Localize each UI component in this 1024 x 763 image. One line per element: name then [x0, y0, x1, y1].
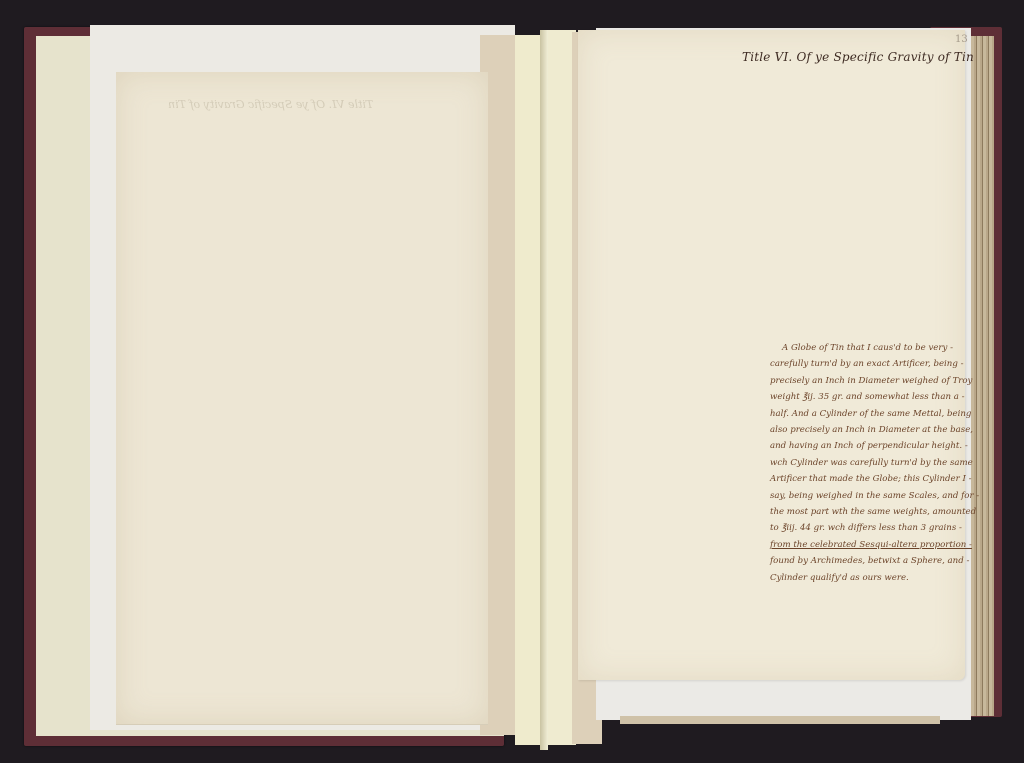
text-line: wch Cylinder was carefully turn'd by the… — [770, 455, 975, 471]
page-heading: Title VI. Of ye Specific Gravity of Tin — [742, 50, 974, 64]
spine-fold — [540, 30, 548, 750]
text-line: to ℥iij. 44 gr. wch differs less than 3 … — [770, 520, 975, 536]
text-line: from the celebrated Sesqui-altera propor… — [770, 537, 975, 553]
folio-number: 13 — [955, 34, 968, 45]
text-line: also precisely an Inch in Diameter at th… — [770, 422, 975, 438]
text-line: and having an Inch of perpendicular heig… — [770, 438, 975, 454]
text-line: precisely an Inch in Diameter weighed of… — [770, 373, 975, 389]
text-line: found by Archimedes, betwixt a Sphere, a… — [770, 553, 975, 569]
text-line: carefully turn'd by an exact Artificer, … — [770, 356, 975, 372]
text-line: weight ℥ij. 35 gr. and somewhat less tha… — [770, 389, 975, 405]
text-line: say, being weighed in the same Scales, a… — [770, 488, 975, 504]
underlying-leaf-edge — [620, 716, 940, 724]
text-line: half. And a Cylinder of the same Mettal,… — [770, 406, 975, 422]
text-line: A Globe of Tin that I caus'd to be very … — [770, 340, 975, 356]
text-line: Cylinder qualify'd as ours were. — [770, 570, 975, 586]
manuscript-paragraph: A Globe of Tin that I caus'd to be very … — [770, 340, 975, 586]
left-page — [116, 72, 488, 725]
bleed-through-heading: Title VI. Of ye Specific Gravity of Tin — [168, 98, 373, 111]
text-line: the most part wth the same weights, amou… — [770, 504, 975, 520]
text-line: Artificer that made the Globe; this Cyli… — [770, 471, 975, 487]
